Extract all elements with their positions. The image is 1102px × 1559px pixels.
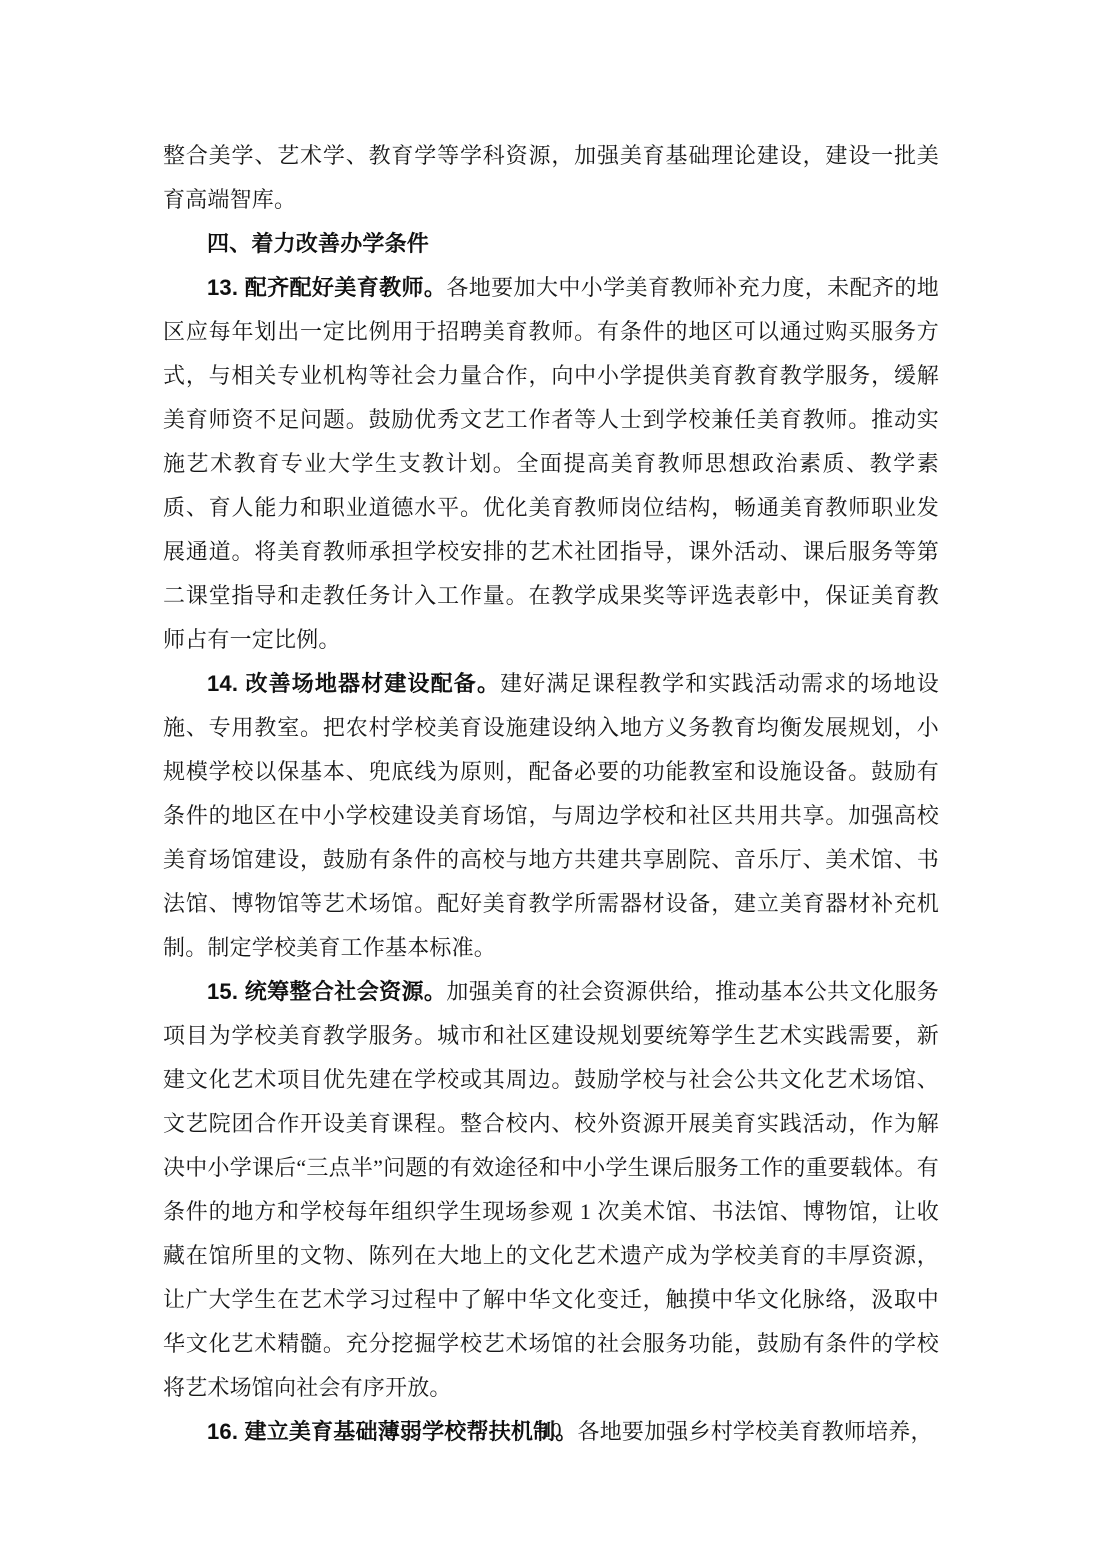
document-body: 整合美学、艺术学、教育学等学科资源，加强美育基础理论建设，建设一批美育高端智库。… xyxy=(163,134,939,1454)
item-13-lead: 13. 配齐配好美育教师。 xyxy=(207,275,446,300)
item-15-lead: 15. 统筹整合社会资源。 xyxy=(207,979,446,1004)
item-14-lead: 14. 改善场地器材建设配备。 xyxy=(207,671,500,696)
item-15-body: 加强美育的社会资源供给，推动基本公共文化服务项目为学校美育教学服务。城市和社区建… xyxy=(163,979,939,1400)
paragraph-continuation: 整合美学、艺术学、教育学等学科资源，加强美育基础理论建设，建设一批美育高端智库。 xyxy=(163,134,939,222)
document-page: 整合美学、艺术学、教育学等学科资源，加强美育基础理论建设，建设一批美育高端智库。… xyxy=(0,0,1102,1559)
page-number: 10 xyxy=(541,1418,562,1442)
item-14-body: 建好满足课程教学和实践活动需求的场地设施、专用教室。把农村学校美育设施建设纳入地… xyxy=(163,671,939,960)
section-heading: 四、着力改善办学条件 xyxy=(163,222,939,266)
page-footer: 10 xyxy=(0,1416,1102,1444)
item-13-body: 各地要加大中小学美育教师补充力度，未配齐的地区应每年划出一定比例用于招聘美育教师… xyxy=(163,275,939,652)
paragraph-item-14: 14. 改善场地器材建设配备。建好满足课程教学和实践活动需求的场地设施、专用教室… xyxy=(163,662,939,970)
paragraph-item-15: 15. 统筹整合社会资源。加强美育的社会资源供给，推动基本公共文化服务项目为学校… xyxy=(163,970,939,1410)
paragraph-item-13: 13. 配齐配好美育教师。各地要加大中小学美育教师补充力度，未配齐的地区应每年划… xyxy=(163,266,939,662)
